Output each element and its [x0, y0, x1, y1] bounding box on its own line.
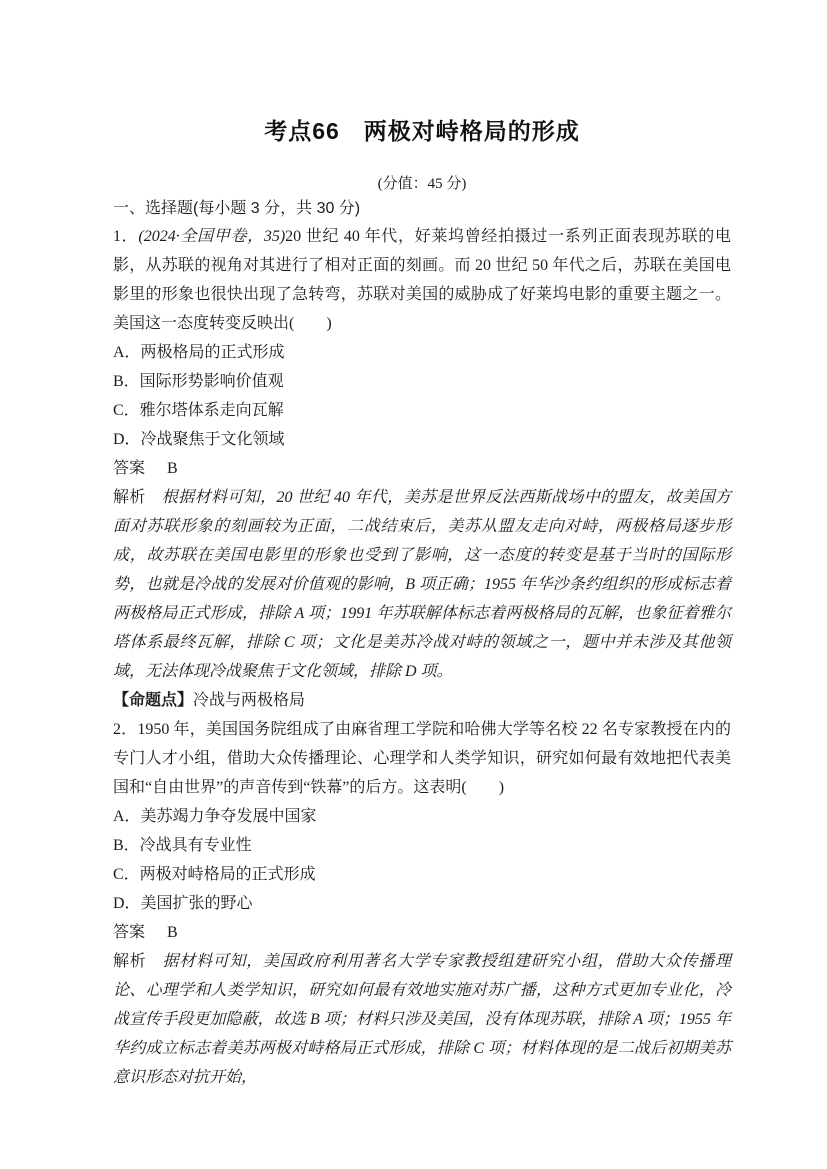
question-stem: 2．1950 年，美国国务院组成了由麻省理工学院和哈佛大学等名校 22 名专家教… [113, 715, 731, 802]
answer-value: B [167, 924, 178, 941]
answer-value: B [167, 460, 178, 477]
question-stem: 1．(2024·全国甲卷，35)20 世纪 40 年代，好莱坞曾经拍摄过一系列正… [113, 222, 731, 338]
question-source: (2024·全国甲卷，35) [138, 228, 285, 245]
analysis-text: 据材料可知，美国政府利用著名大学专家教授组建研究小组，借助大众传播理论、心理学和… [113, 953, 731, 1086]
option-a: A．两极格局的正式形成 [113, 338, 731, 367]
section-heading: 一、选择题(每小题 3 分，共 30 分) [113, 196, 731, 222]
topic-tag-label: 【命题点】 [113, 692, 193, 709]
analysis-paragraph: 解析据材料可知，美国政府利用著名大学专家教授组建研究小组，借助大众传播理论、心理… [113, 947, 731, 1092]
question-stem-text: 1950 年，美国国务院组成了由麻省理工学院和哈佛大学等名校 22 名专家教授在… [113, 721, 731, 796]
answer-label: 答案 [113, 924, 145, 941]
analysis-paragraph: 解析根据材料可知，20 世纪 40 年代，美苏是世界反法西斯战场中的盟友，故美国… [113, 483, 731, 686]
analysis-label: 解析 [113, 489, 146, 506]
answer-row: 答案B [113, 918, 731, 947]
question-number: 1． [113, 228, 138, 245]
analysis-label: 解析 [113, 953, 146, 970]
question-block-1: 1．(2024·全国甲卷，35)20 世纪 40 年代，好莱坞曾经拍摄过一系列正… [113, 222, 731, 715]
page-title: 考点66 两极对峙格局的形成 [113, 116, 731, 146]
option-a: A．美苏竭力争夺发展中国家 [113, 802, 731, 831]
question-number: 2． [113, 721, 137, 738]
topic-tag: 【命题点】冷战与两极格局 [113, 686, 731, 715]
option-b: B．国际形势影响价值观 [113, 367, 731, 396]
score-note: (分值：45 分) [113, 174, 731, 194]
analysis-text: 根据材料可知，20 世纪 40 年代，美苏是世界反法西斯战场中的盟友，故美国方面… [113, 489, 731, 680]
option-b: B．冷战具有专业性 [113, 831, 731, 860]
answer-row: 答案B [113, 454, 731, 483]
answer-label: 答案 [113, 460, 145, 477]
document-page: 考点66 两极对峙格局的形成 (分值：45 分) 一、选择题(每小题 3 分，共… [0, 0, 827, 1169]
topic-tag-text: 冷战与两极格局 [193, 692, 305, 709]
option-d: D．冷战聚焦于文化领域 [113, 425, 731, 454]
option-d: D．美国扩张的野心 [113, 889, 731, 918]
question-block-2: 2．1950 年，美国国务院组成了由麻省理工学院和哈佛大学等名校 22 名专家教… [113, 715, 731, 1092]
option-c: C．雅尔塔体系走向瓦解 [113, 396, 731, 425]
option-c: C．两极对峙格局的正式形成 [113, 860, 731, 889]
